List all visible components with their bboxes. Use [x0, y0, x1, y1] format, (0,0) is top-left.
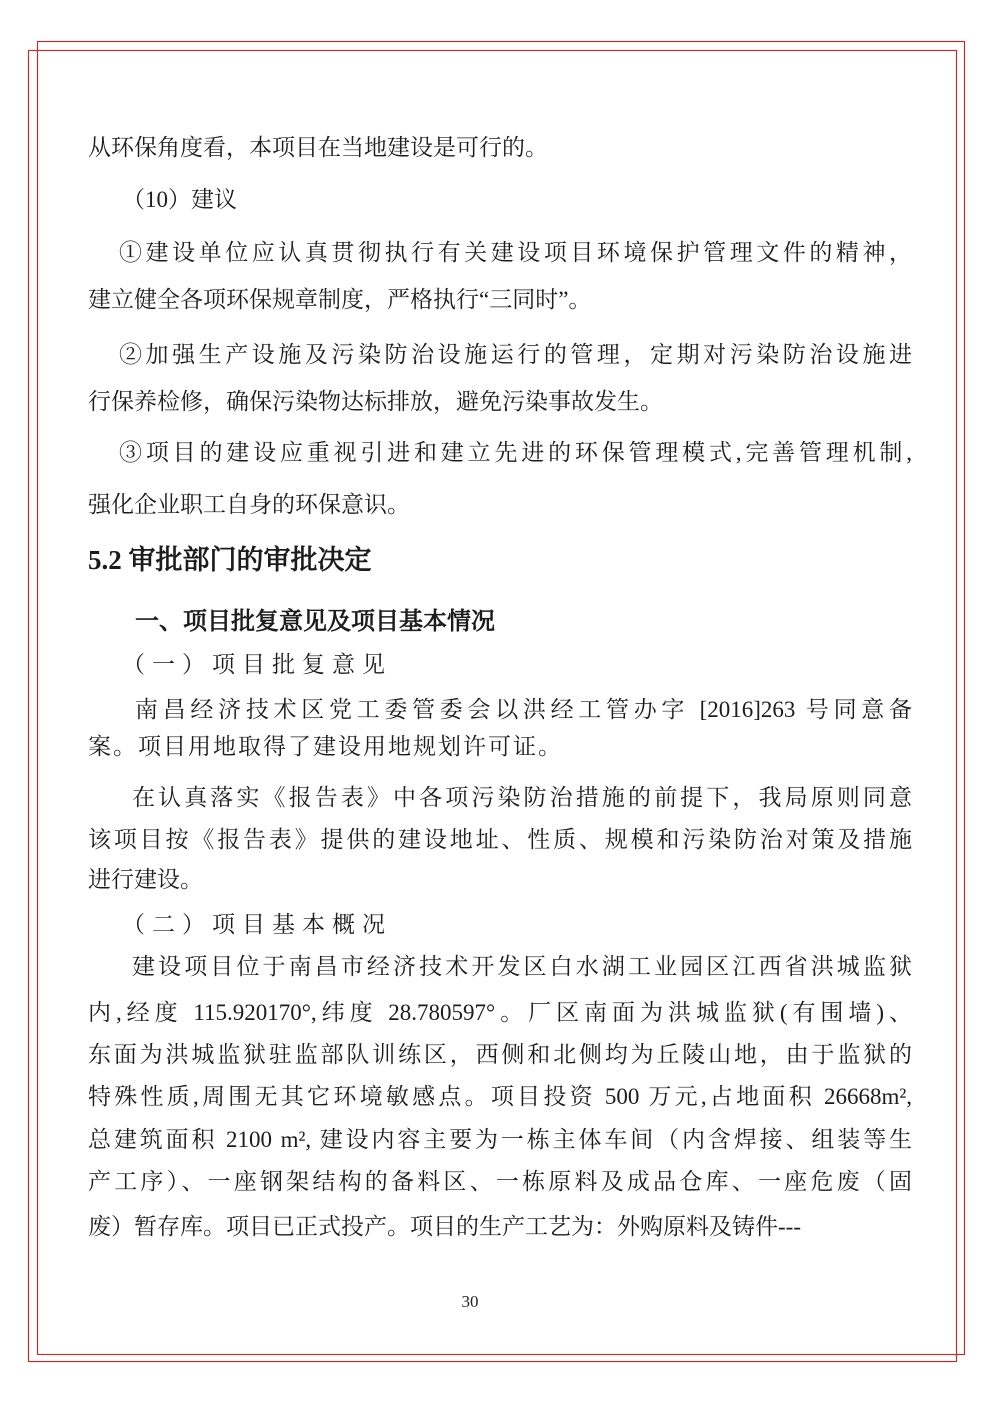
text-line: （一）项目批复意见 [122, 651, 392, 679]
text-line: ③项目的建设应重视引进和建立先进的环保管理模式,完善管理机制, [119, 439, 912, 467]
text-line: 5.2 审批部门的审批决定 [88, 544, 372, 576]
text-line: 废）暂存库。项目已正式投产。项目的生产工艺为：外购原料及铸件--- [88, 1213, 801, 1241]
text-line: 进行建设。 [88, 866, 203, 894]
text-line: （二）项目基本概况 [122, 911, 392, 939]
text-line: 案。项目用地取得了建设用地规划许可证。 [88, 733, 563, 761]
text-line: 南昌经济技术区党工委管委会以洪经工管办字 [2016]263 号同意备 [135, 696, 912, 724]
document-body: 从环保角度看，本项目在当地建设是可行的。（10）建议①建设单位应认真贯彻执行有关… [0, 0, 992, 1403]
text-line: （10）建议 [122, 186, 237, 214]
text-line: ①建设单位应认真贯彻执行有关建设项目环境保护管理文件的精神， [119, 239, 912, 267]
text-line: 从环保角度看，本项目在当地建设是可行的。 [88, 134, 548, 162]
text-line: 东面为洪城监狱驻监部队训练区，西侧和北侧均为丘陵山地，由于监狱的 [88, 1041, 912, 1069]
text-line: 内,经度 115.920170°,纬度 28.780597°。厂区南面为洪城监狱… [88, 999, 912, 1027]
text-line: 强化企业职工自身的环保意识。 [88, 491, 410, 519]
text-line: 建立健全各项环保规章制度，严格执行“三同时”。 [88, 286, 591, 314]
text-line: 行保养检修，确保污染物达标排放，避免污染事故发生。 [88, 388, 663, 416]
text-line: 特殊性质,周围无其它环境敏感点。项目投资 500 万元,占地面积 26668m²… [88, 1083, 912, 1111]
document-page: 从环保角度看，本项目在当地建设是可行的。（10）建议①建设单位应认真贯彻执行有关… [0, 0, 992, 1403]
text-line: 一、项目批复意见及项目基本情况 [135, 608, 495, 637]
text-line: 建设项目位于南昌市经济技术开发区白水湖工业园区江西省洪城监狱 [132, 953, 912, 981]
page-number: 30 [0, 1292, 940, 1312]
text-line: 该项目按《报告表》提供的建设地址、性质、规模和污染防治对策及措施 [88, 826, 912, 854]
text-line: 在认真落实《报告表》中各项污染防治措施的前提下，我局原则同意 [132, 784, 912, 812]
text-line: ②加强生产设施及污染防治设施运行的管理，定期对污染防治设施进 [119, 341, 912, 369]
text-line: 总建筑面积 2100 m², 建设内容主要为一栋主体车间（内含焊接、组装等生 [88, 1126, 912, 1154]
text-line: 产工序）、一座钢架结构的备料区、一栋原料及成品仓库、一座危废（固 [88, 1168, 912, 1196]
